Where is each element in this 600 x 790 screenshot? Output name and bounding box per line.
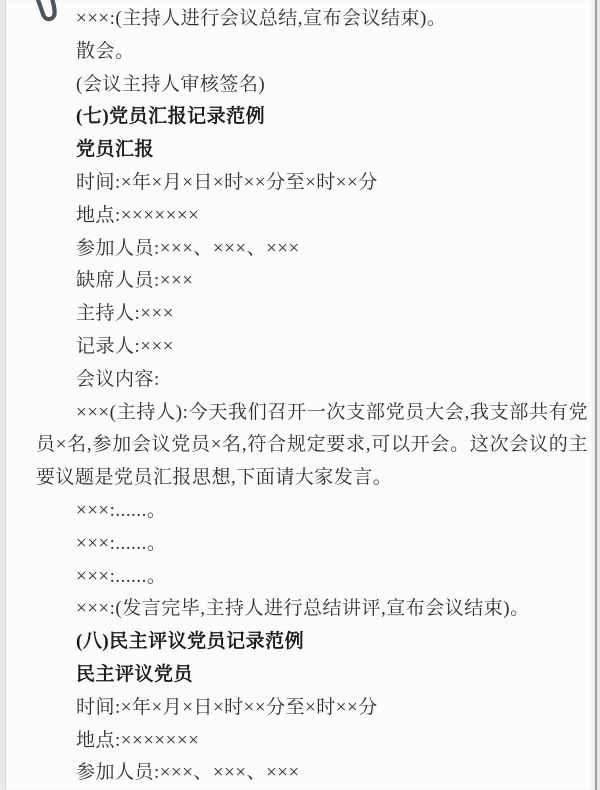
document-page: ×××:(主持人进行会议总结,宣布会议结束)。散会。(会议主持人审核签名)(七)… xyxy=(5,0,597,790)
section-heading: (八)民主评议党员记录范例 xyxy=(36,626,588,659)
text-line: ×××:......。 xyxy=(36,495,588,528)
text-line: 会议内容: xyxy=(36,364,588,397)
section-heading: 民主评议党员 xyxy=(36,659,588,692)
paragraph: ×××(主持人):今天我们召开一次支部党员大会,我支部共有党员×名,参加会议党员… xyxy=(36,397,588,495)
section-heading: (七)党员汇报记录范例 xyxy=(36,101,588,134)
text-line: 主持人:××× xyxy=(36,298,588,331)
text-line: ×××:(主持人进行会议总结,宣布会议结束)。 xyxy=(36,3,588,36)
text-line: ×××:(发言完毕,主持人进行总结讲评,宣布会议结束)。 xyxy=(36,593,588,626)
text-line: 地点:××××××× xyxy=(36,200,588,233)
text-line: 时间:×年×月×日×时××分至×时××分 xyxy=(36,167,588,200)
text-line: 参加人员:×××、×××、××× xyxy=(36,757,588,790)
text-line: ×××:......。 xyxy=(36,561,588,594)
text-line: 时间:×年×月×日×时××分至×时××分 xyxy=(36,692,588,725)
document-body: ×××:(主持人进行会议总结,宣布会议结束)。散会。(会议主持人审核签名)(七)… xyxy=(36,3,588,790)
text-line: 参加人员:×××、×××、××× xyxy=(36,233,588,266)
text-line: (会议主持人审核签名) xyxy=(36,69,588,102)
text-line: 记录人:××× xyxy=(36,331,588,364)
text-line: 地点:××××××× xyxy=(36,725,588,758)
text-line: ×××:......。 xyxy=(36,528,588,561)
text-line: 缺席人员:××× xyxy=(36,265,588,298)
text-line: 散会。 xyxy=(36,36,588,69)
section-heading: 党员汇报 xyxy=(36,134,588,167)
